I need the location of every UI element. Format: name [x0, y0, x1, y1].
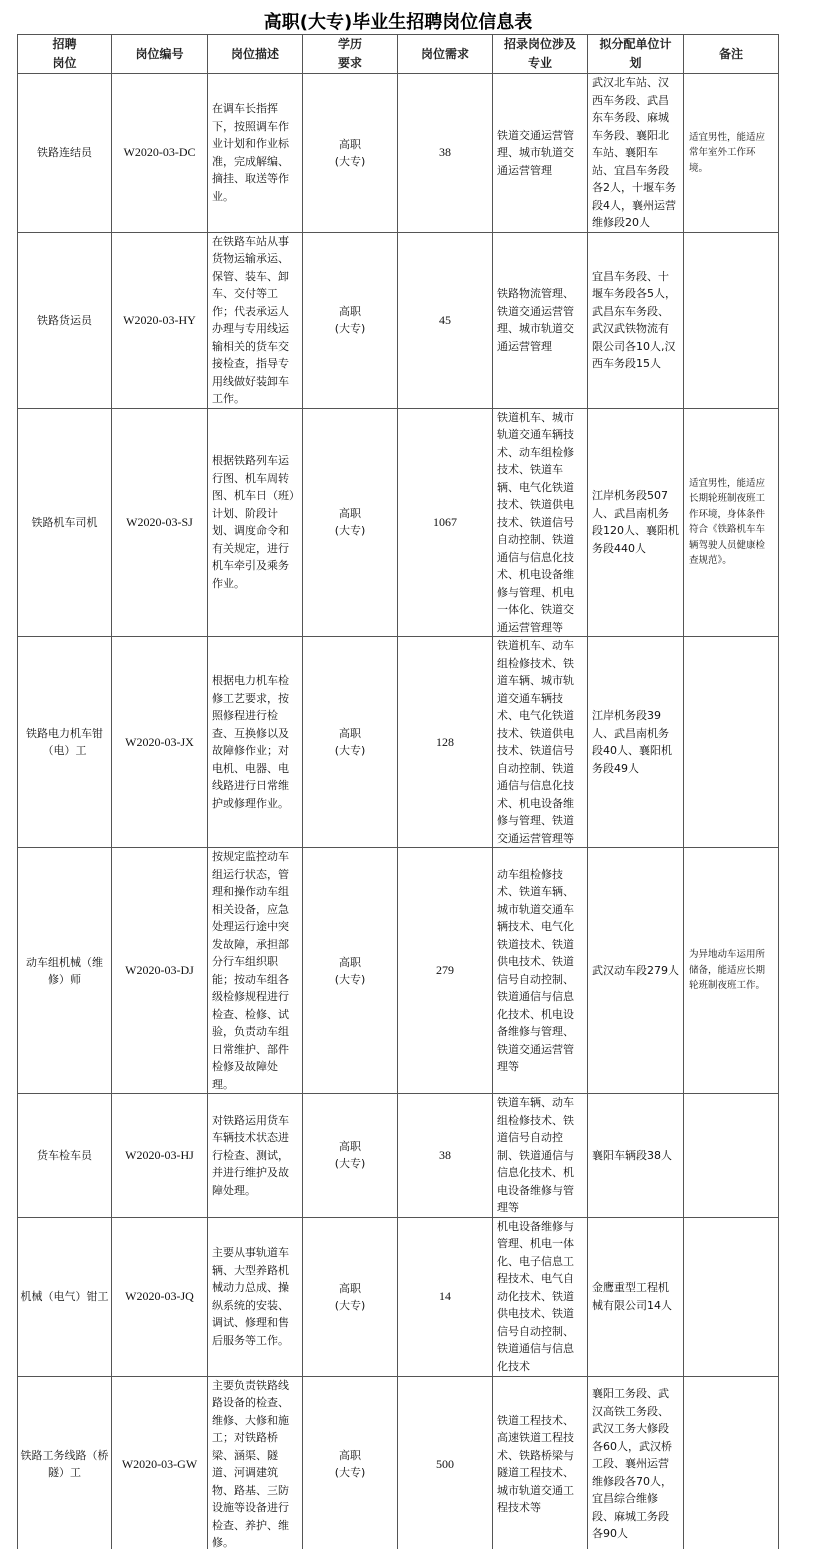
majors-cell: 动车组检修技术、铁道车辆、城市轨道交通车辆技术、电气化铁道技术、铁道供电技术、铁… [493, 848, 588, 1094]
education-level: 高职 [303, 954, 397, 971]
education-cell: 高职(大专) [303, 1376, 398, 1549]
allocation-cell: 武汉北车站、汉西车务段、武昌东车务段、麻城车务段、襄阳北车站、襄阳车站、宜昌车务… [588, 74, 684, 233]
description-cell: 对铁路运用货车车辆技术状态进行检查、测试，并进行维护及故障处理。 [208, 1094, 303, 1218]
demand-cell: 45 [398, 232, 493, 408]
remarks-cell [684, 232, 779, 408]
header-code: 岗位编号 [112, 35, 208, 74]
header-demand: 岗位需求 [398, 35, 493, 74]
header-position: 招聘 岗位 [18, 35, 112, 74]
remarks-cell [684, 1376, 779, 1549]
demand-cell: 500 [398, 1376, 493, 1549]
header-majors: 招录岗位涉及专业 [493, 35, 588, 74]
education-cell: 高职(大专) [303, 1094, 398, 1218]
education-qualifier: (大专) [303, 153, 397, 170]
education-qualifier: (大专) [303, 742, 397, 759]
education-level: 高职 [303, 725, 397, 742]
code-cell: W2020-03-HJ [112, 1094, 208, 1218]
education-level: 高职 [303, 1138, 397, 1155]
header-education: 学历 要求 [303, 35, 398, 74]
majors-cell: 铁道工程技术、高速铁道工程技术、铁路桥梁与隧道工程技术、城市轨道交通工程技术等 [493, 1376, 588, 1549]
education-level: 高职 [303, 505, 397, 522]
table-row: 铁路电力机车钳（电）工W2020-03-JX根据电力机车检修工艺要求，按照修程进… [18, 637, 779, 848]
education-cell: 高职(大专) [303, 232, 398, 408]
education-qualifier: (大专) [303, 1464, 397, 1481]
table-row: 铁路连结员W2020-03-DC在调车长指挥下，按照调车作业计划和作业标准，完成… [18, 74, 779, 233]
education-qualifier: (大专) [303, 1297, 397, 1314]
header-row: 招聘 岗位 岗位编号 岗位描述 学历 要求 岗位需求 招录岗位涉及专业 拟分配单… [18, 35, 779, 74]
majors-cell: 铁路物流管理、铁道交通运营管理、城市轨道交通运营管理 [493, 232, 588, 408]
majors-cell: 铁道交通运营管理、城市轨道交通运营管理 [493, 74, 588, 233]
page-title: 高职(大专)毕业生招聘岗位信息表 [0, 8, 796, 34]
remarks-cell: 为异地动车运用所储备，能适应长期轮班制夜班工作。 [684, 848, 779, 1094]
education-qualifier: (大专) [303, 522, 397, 539]
position-cell: 铁路货运员 [18, 232, 112, 408]
description-cell: 根据铁路列车运行图、机车周转图、机车日（班）计划、阶段计划、调度命令和有关规定，… [208, 408, 303, 637]
remarks-cell: 适宜男性，能适应长期轮班制夜班工作环境，身体条件符合《铁路机车车辆驾驶人员健康检… [684, 408, 779, 637]
position-cell: 铁路机车司机 [18, 408, 112, 637]
remarks-cell [684, 1094, 779, 1218]
code-cell: W2020-03-JX [112, 637, 208, 848]
education-cell: 高职(大专) [303, 408, 398, 637]
table-row: 铁路机车司机W2020-03-SJ根据铁路列车运行图、机车周转图、机车日（班）计… [18, 408, 779, 637]
education-level: 高职 [303, 1280, 397, 1297]
demand-cell: 38 [398, 1094, 493, 1218]
education-cell: 高职(大专) [303, 1217, 398, 1376]
demand-cell: 38 [398, 74, 493, 233]
education-cell: 高职(大专) [303, 74, 398, 233]
position-cell: 铁路电力机车钳（电）工 [18, 637, 112, 848]
description-cell: 在调车长指挥下，按照调车作业计划和作业标准，完成解编、摘挂、取送等作业。 [208, 74, 303, 233]
remarks-cell [684, 1217, 779, 1376]
education-level: 高职 [303, 1447, 397, 1464]
allocation-cell: 宜昌车务段、十堰车务段各5人，武昌东车务段、武汉武铁物流有限公司各10人,汉西车… [588, 232, 684, 408]
education-qualifier: (大专) [303, 971, 397, 988]
majors-cell: 铁道机车、城市轨道交通车辆技术、动车组检修技术、铁道车辆、电气化铁道技术、铁道供… [493, 408, 588, 637]
education-cell: 高职(大专) [303, 637, 398, 848]
code-cell: W2020-03-JQ [112, 1217, 208, 1376]
majors-cell: 铁道机车、动车组检修技术、铁道车辆、城市轨道交通车辆技术、电气化铁道技术、铁道供… [493, 637, 588, 848]
table-body: 铁路连结员W2020-03-DC在调车长指挥下，按照调车作业计划和作业标准，完成… [18, 74, 779, 1549]
code-cell: W2020-03-HY [112, 232, 208, 408]
position-cell: 机械（电气）钳工 [18, 1217, 112, 1376]
header-remarks: 备注 [684, 35, 779, 74]
majors-cell: 机电设备维修与管理、机电一体化、电子信息工程技术、电气自动化技术、铁道供电技术、… [493, 1217, 588, 1376]
demand-cell: 14 [398, 1217, 493, 1376]
allocation-cell: 江岸机务段507人、武昌南机务段120人、襄阳机务段440人 [588, 408, 684, 637]
job-table: 招聘 岗位 岗位编号 岗位描述 学历 要求 岗位需求 招录岗位涉及专业 拟分配单… [17, 34, 779, 1549]
education-level: 高职 [303, 136, 397, 153]
header-description: 岗位描述 [208, 35, 303, 74]
position-cell: 动车组机械（维修）师 [18, 848, 112, 1094]
allocation-cell: 江岸机务段39人、武昌南机务段40人、襄阳机务段49人 [588, 637, 684, 848]
education-level: 高职 [303, 303, 397, 320]
table-row: 铁路货运员W2020-03-HY在铁路车站从事货物运输承运、保管、装车、卸车、交… [18, 232, 779, 408]
table-row: 动车组机械（维修）师W2020-03-DJ按规定监控动车组运行状态，管理和操作动… [18, 848, 779, 1094]
code-cell: W2020-03-SJ [112, 408, 208, 637]
table-row: 铁路工务线路（桥隧）工W2020-03-GW主要负责铁路线路设备的检查、维修、大… [18, 1376, 779, 1549]
education-qualifier: (大专) [303, 1155, 397, 1172]
allocation-cell: 武汉动车段279人 [588, 848, 684, 1094]
code-cell: W2020-03-GW [112, 1376, 208, 1549]
demand-cell: 128 [398, 637, 493, 848]
education-qualifier: (大专) [303, 320, 397, 337]
allocation-cell: 金鹰重型工程机械有限公司14人 [588, 1217, 684, 1376]
table-row: 机械（电气）钳工W2020-03-JQ主要从事轨道车辆、大型养路机械动力总成、操… [18, 1217, 779, 1376]
majors-cell: 铁道车辆、动车组检修技术、铁道信号自动控制、铁道通信与信息化技术、机电设备维修与… [493, 1094, 588, 1218]
description-cell: 按规定监控动车组运行状态，管理和操作动车组相关设备，应急处理运行途中突发故障，承… [208, 848, 303, 1094]
description-cell: 根据电力机车检修工艺要求，按照修程进行检查、互换修以及故障修作业；对电机、电器、… [208, 637, 303, 848]
allocation-cell: 襄阳工务段、武汉高铁工务段、武汉工务大修段各60人，武汉桥工段、襄州运营维修段各… [588, 1376, 684, 1549]
table-row: 货车检车员W2020-03-HJ对铁路运用货车车辆技术状态进行检查、测试，并进行… [18, 1094, 779, 1218]
allocation-cell: 襄阳车辆段38人 [588, 1094, 684, 1218]
description-cell: 主要从事轨道车辆、大型养路机械动力总成、操纵系统的安装、调试、修理和售后服务等工… [208, 1217, 303, 1376]
position-cell: 铁路工务线路（桥隧）工 [18, 1376, 112, 1549]
remarks-cell [684, 637, 779, 848]
code-cell: W2020-03-DC [112, 74, 208, 233]
education-cell: 高职(大专) [303, 848, 398, 1094]
header-allocation: 拟分配单位计划 [588, 35, 684, 74]
demand-cell: 279 [398, 848, 493, 1094]
position-cell: 货车检车员 [18, 1094, 112, 1218]
demand-cell: 1067 [398, 408, 493, 637]
code-cell: W2020-03-DJ [112, 848, 208, 1094]
position-cell: 铁路连结员 [18, 74, 112, 233]
remarks-cell: 适宜男性，能适应常年室外工作环境。 [684, 74, 779, 233]
description-cell: 在铁路车站从事货物运输承运、保管、装车、卸车、交付等工作；代表承运人办理与专用线… [208, 232, 303, 408]
description-cell: 主要负责铁路线路设备的检查、维修、大修和施工；对铁路桥梁、涵渠、隧道、河调建筑物… [208, 1376, 303, 1549]
